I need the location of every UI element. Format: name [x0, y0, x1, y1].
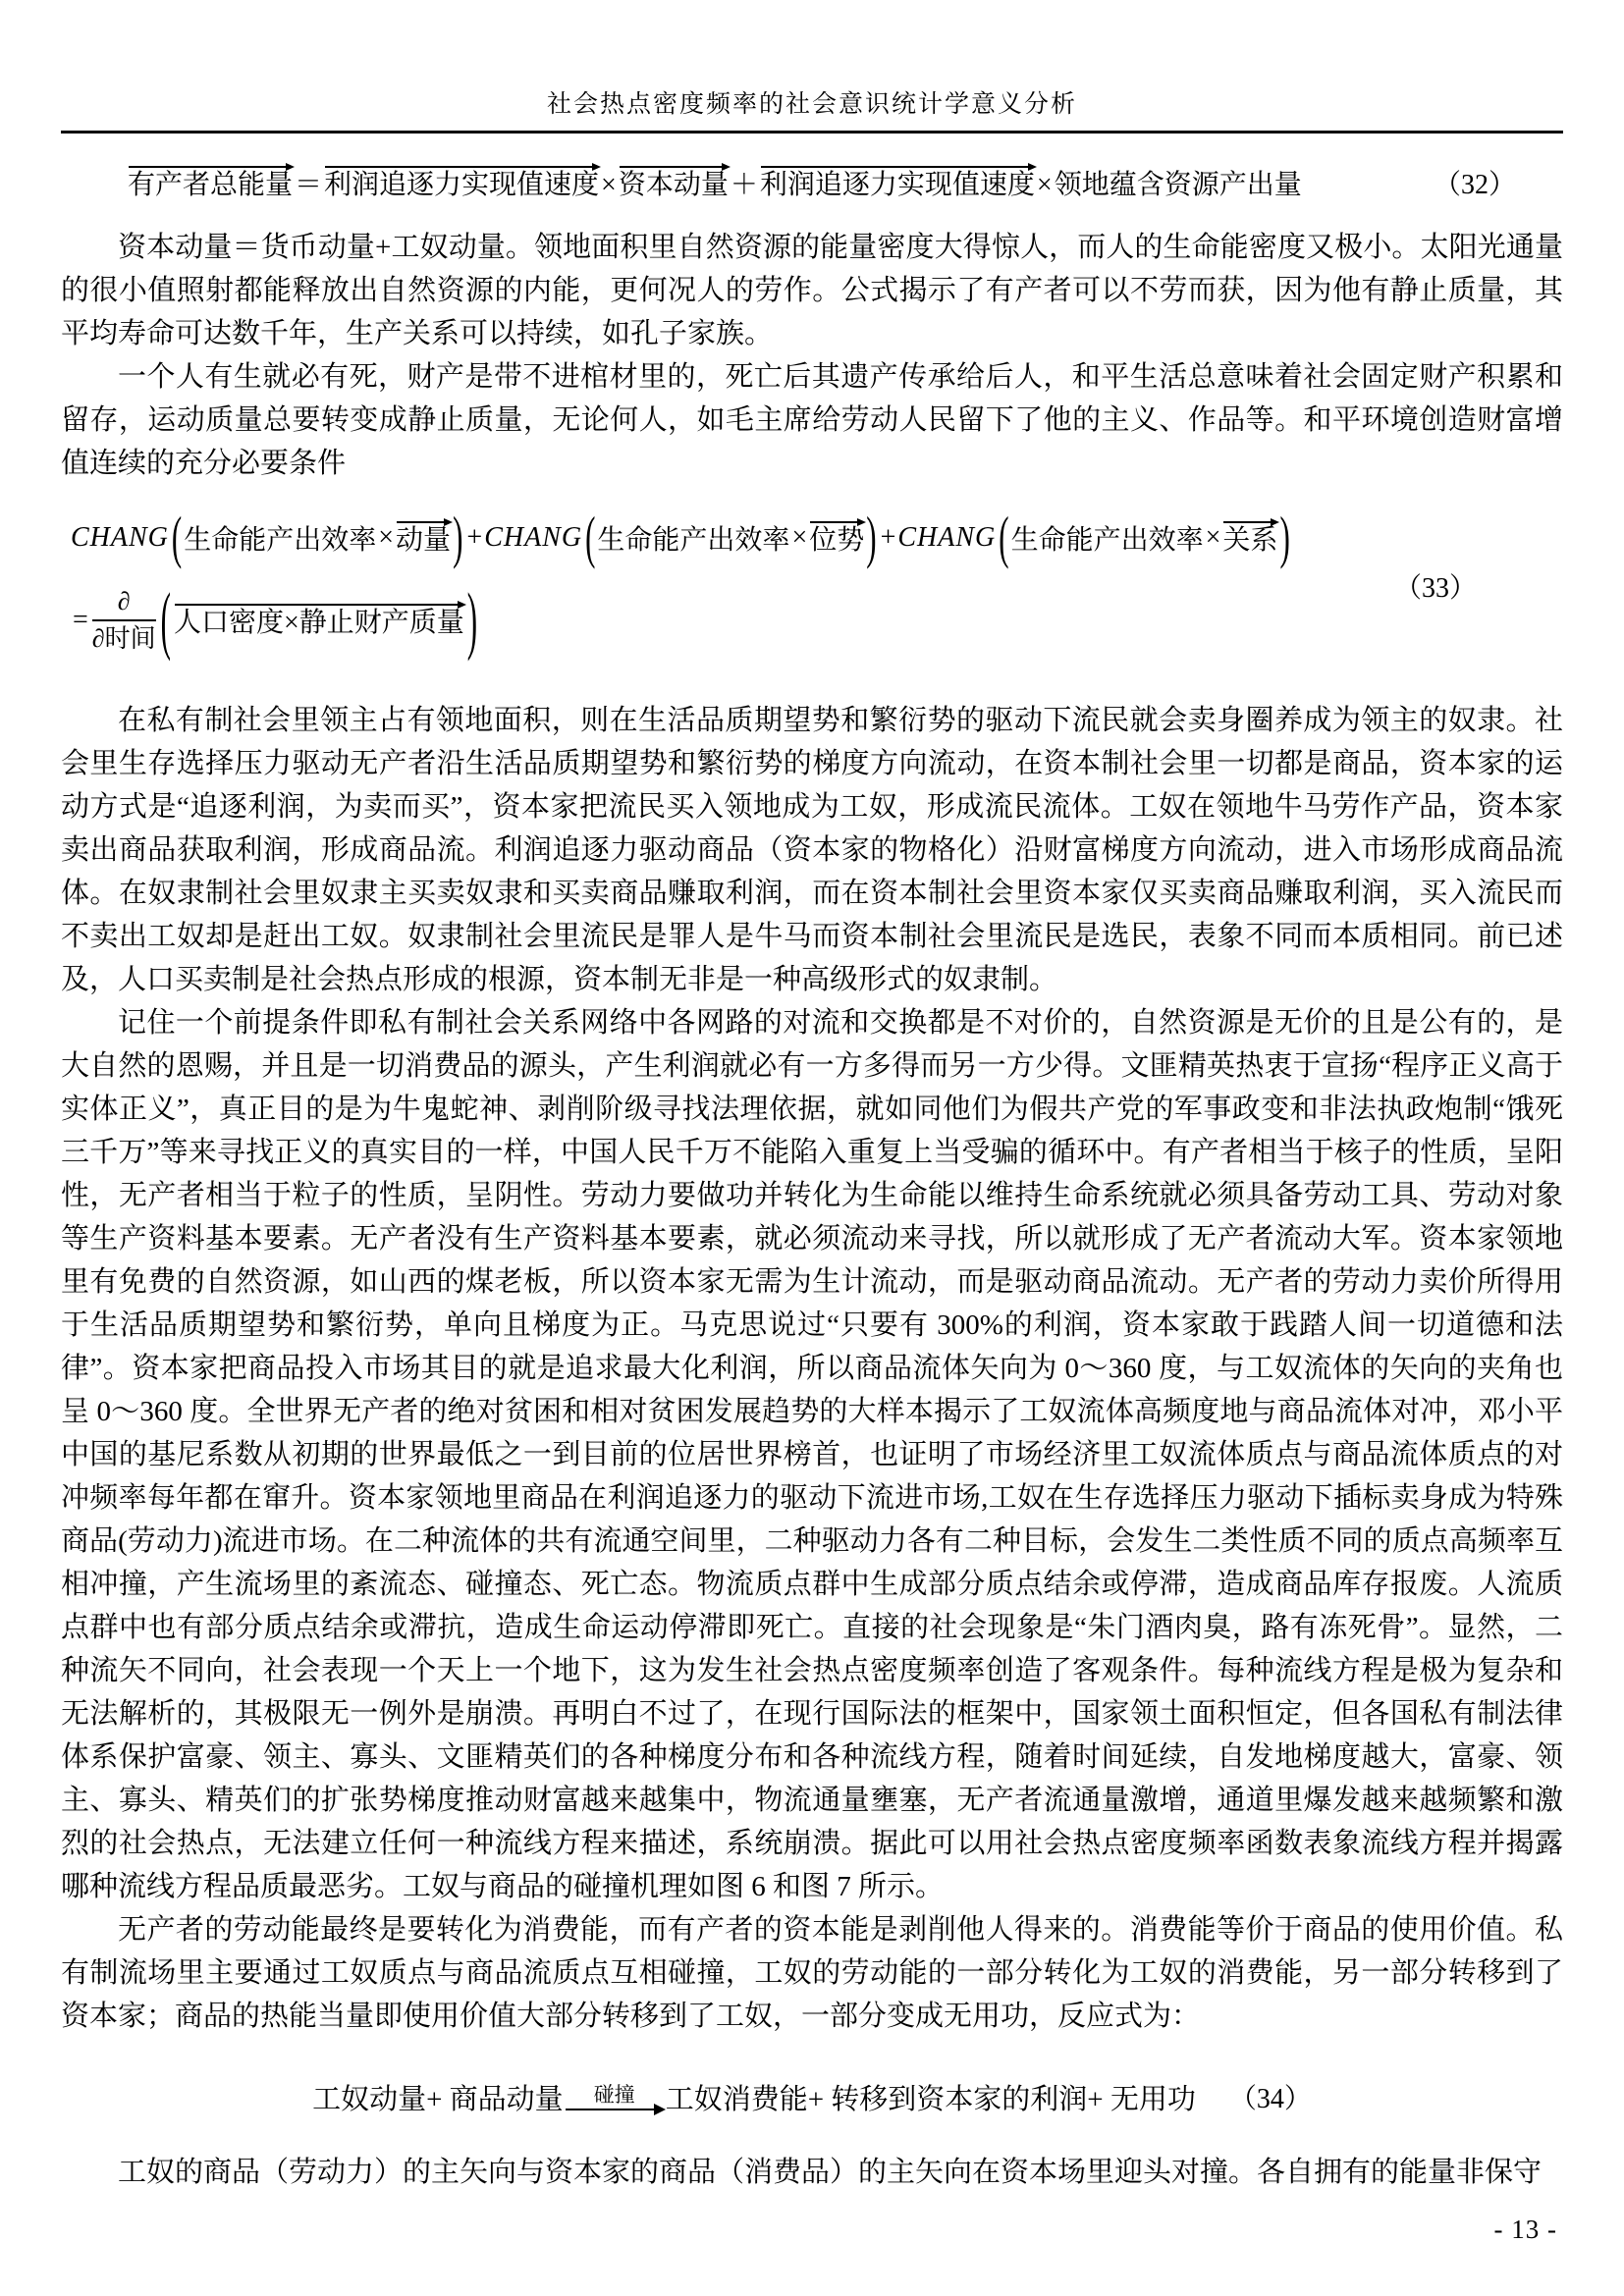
paragraph-premise-condition: 记住一个前提条件即私有制社会关系网络中各网路的对流和交换都是不对价的，自然资源是…	[61, 1001, 1563, 1908]
term-life-energy-rate-1: 生命能产出效率	[184, 518, 376, 558]
left-paren-1: (	[170, 505, 184, 571]
paragraph-private-ownership: 在私有制社会里领主占有领地面积，则在生活品质期望势和繁衍势的驱动下流民就会卖身圈…	[61, 699, 1563, 1001]
equals-sign: ＝	[293, 170, 324, 200]
formula-33-line2: = ∂ ∂时间 (人口密度×静止财产质量)	[71, 587, 1563, 654]
right-arrow-icon	[566, 2109, 664, 2110]
formula-34-rhs: 工奴消费能+ 转移到资本家的利润+ 无用功	[666, 2077, 1196, 2117]
term-life-energy-rate-2: 生命能产出效率	[597, 518, 789, 558]
right-paren-2: )	[864, 505, 878, 571]
term-life-energy-rate-3: 生命能产出效率	[1011, 518, 1204, 558]
equation-number-33: （33）	[1394, 566, 1477, 606]
formula-34-lhs: 工奴动量+ 商品动量	[312, 2077, 564, 2117]
fraction-denominator: ∂时间	[92, 624, 156, 654]
paragraph-head-on-collision: 工奴的商品（劳动力）的主矢向与资本家的商品（消费品）的主矢向在资本场里迎头对撞。…	[61, 2151, 1563, 2194]
plus-sign-33b: +	[879, 522, 898, 554]
times-sign-33c: ×	[1204, 522, 1223, 554]
term-profit-chase-speed-1: 利润追逐力实现值速度	[324, 163, 599, 201]
left-paren-2: (	[583, 505, 597, 571]
formula-33: CHANG(生命能产出效率×动量)+CHANG(生命能产出效率×位势)+CHAN…	[71, 518, 1563, 654]
formula-34: 工奴动量+ 商品动量 碰撞 工奴消费能+ 转移到资本家的利润+ 无用功 （34）	[61, 2077, 1563, 2117]
page-number: - 13 -	[1494, 2215, 1557, 2245]
vector-momentum: 动量	[396, 518, 451, 557]
document-page: 社会热点密度频率的社会意识统计学意义分析 有产者总能量＝利润追逐力实现值速度×资…	[0, 0, 1624, 2296]
chang-function-3: CHANG	[897, 522, 997, 554]
times-sign-2: ×	[1035, 170, 1055, 200]
chang-function-2: CHANG	[484, 522, 583, 554]
left-paren-4: (	[158, 576, 174, 665]
reaction-arrow: 碰撞	[566, 2084, 664, 2110]
right-paren-1: )	[451, 505, 464, 571]
times-sign-1: ×	[599, 170, 619, 200]
times-sign-33a: ×	[376, 522, 396, 554]
reaction-arrow-label: 碰撞	[566, 2084, 664, 2107]
term-capital-momentum: 资本动量	[619, 163, 729, 201]
term-profit-chase-speed-2: 利润追逐力实现值速度	[760, 163, 1035, 201]
formula-33-line1: CHANG(生命能产出效率×动量)+CHANG(生命能产出效率×位势)+CHAN…	[71, 518, 1563, 558]
vector-potential: 位势	[809, 518, 864, 557]
left-paren-3: (	[997, 505, 1010, 571]
paragraph-capital-momentum: 资本动量＝货币动量+工奴动量。领地面积里自然资源的能量密度大得惊人，而人的生命能…	[61, 226, 1563, 355]
term-territory-resource-output: 领地蕴含资源产出量	[1055, 170, 1302, 200]
formula-32-body: 有产者总能量＝利润追逐力实现值速度×资本动量＋利润追逐力实现值速度×领地蕴含资源…	[128, 163, 1302, 202]
equation-number-34: （34）	[1229, 2077, 1312, 2116]
vector-relation: 关系	[1222, 518, 1277, 557]
plus-sign: ＋	[729, 170, 760, 200]
right-paren-3: )	[1277, 505, 1291, 571]
equals-sign-33: =	[71, 605, 90, 636]
running-head-title: 社会热点密度频率的社会意识统计学意义分析	[0, 0, 1624, 120]
chang-function-1: CHANG	[71, 522, 170, 554]
plus-sign-33a: +	[464, 522, 484, 554]
equation-number-32: （32）	[1434, 163, 1516, 202]
times-sign-33b: ×	[789, 522, 809, 554]
paragraph-labor-energy: 无产者的劳动能最终是要转化为消费能，而有产者的资本能是剥削他人得来的。消费能等价…	[61, 1908, 1563, 2038]
fraction-bar	[92, 619, 156, 621]
right-paren-4: )	[464, 576, 480, 665]
partial-derivative-fraction: ∂ ∂时间	[92, 587, 156, 654]
fraction-numerator: ∂	[118, 587, 131, 616]
term-owner-total-energy: 有产者总能量	[128, 163, 293, 201]
paragraph-life-and-death: 一个人有生就必有死，财产是带不进棺材里的，死亡后其遗产传承给后人，和平生活总意味…	[61, 355, 1563, 485]
formula-32: 有产者总能量＝利润追逐力实现值速度×资本动量＋利润追逐力实现值速度×领地蕴含资源…	[61, 133, 1563, 208]
page-content: 有产者总能量＝利润追逐力实现值速度×资本动量＋利润追逐力实现值速度×领地蕴含资源…	[61, 133, 1563, 2194]
vector-population-density-static-wealth: 人口密度×静止财产质量	[174, 601, 464, 639]
